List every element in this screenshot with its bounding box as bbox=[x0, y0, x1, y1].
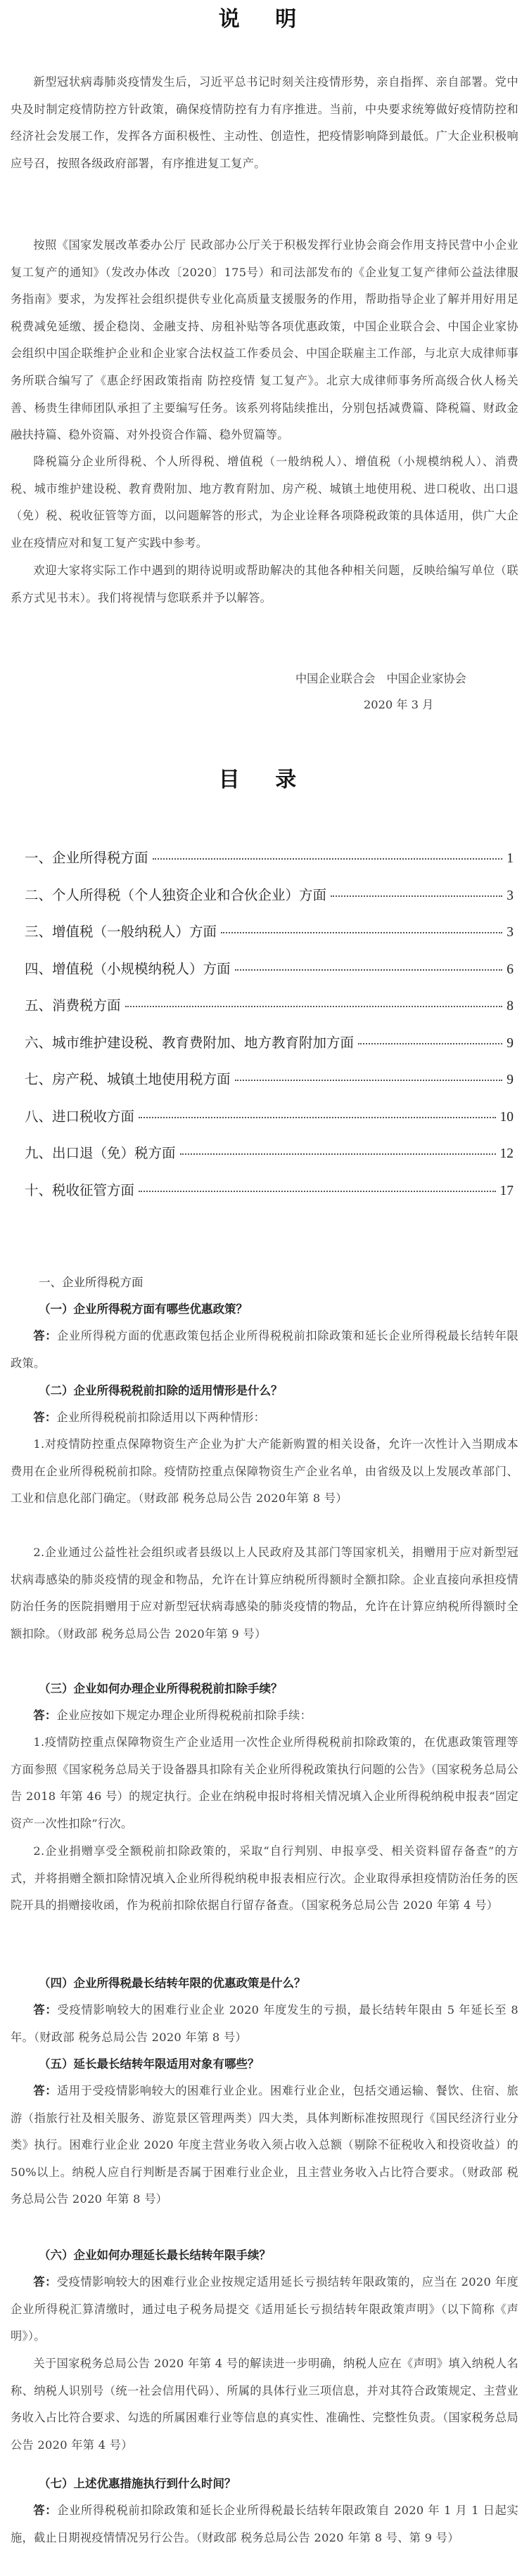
section-title: 一、企业所得税方面 bbox=[39, 1269, 144, 1296]
toc-item[interactable]: 十、税收征管方面17 bbox=[25, 1179, 514, 1217]
toc-leader-dots bbox=[125, 1006, 503, 1007]
table-of-contents: 一、企业所得税方面1 二、个人所得税（个人独资企业和合伙企业）方面3 三、增值税… bbox=[25, 847, 514, 1216]
toc-item-label: 五、消费税方面 bbox=[25, 995, 121, 1014]
toc-leader-dots bbox=[358, 1043, 502, 1044]
toc-item[interactable]: 四、增值税（小规模纳税人）方面6 bbox=[25, 958, 514, 995]
question-heading: （五）延长最长结转年限适用对象有哪些？ bbox=[39, 2051, 260, 2078]
answer-item: 1.疫情防控重点保障物资生产企业适用一次性企业所得税税前扣除政策的，在优惠政策管… bbox=[11, 1729, 518, 1837]
toc-leader-dots bbox=[153, 858, 503, 860]
toc-item-page: 12 bbox=[500, 1146, 514, 1162]
question-heading: （二）企业所得税税前扣除的适用情形是什么？ bbox=[39, 1378, 283, 1404]
toc-leader-dots bbox=[235, 969, 503, 971]
answer-text: 适用于受疫情影响较大的困难行业企业。困难行业企业，包括交通运输、餐饮、住宿、旅游… bbox=[11, 2084, 518, 2206]
answer-paragraph: 答：企业所得税方面的优惠政策包括企业所得税税前扣除政策和延长企业所得税最长结转年… bbox=[11, 1323, 518, 1377]
answer-text: 企业所得税方面的优惠政策包括企业所得税税前扣除政策和延长企业所得税最长结转年限政… bbox=[11, 1329, 518, 1370]
toc-item[interactable]: 二、个人所得税（个人独资企业和合伙企业）方面3 bbox=[25, 884, 514, 921]
toc-item-page: 3 bbox=[506, 888, 514, 904]
toc-item-label: 二、个人所得税（个人独资企业和合伙企业）方面 bbox=[25, 884, 326, 904]
preface-paragraph: 新型冠状病毒肺炎疫情发生后，习近平总书记时刻关注疫情形势，亲自指挥、亲自部署。党… bbox=[11, 69, 518, 177]
answer-label: 答： bbox=[33, 1709, 56, 1722]
toc-item-label: 一、企业所得税方面 bbox=[25, 847, 148, 867]
preface-title: 说 明 bbox=[0, 6, 529, 34]
answer-item: 关于国家税务总局公告 2020 年第 4 号的解读进一步明确，纳税人应在《声明》… bbox=[11, 2350, 518, 2459]
answer-item: 2.企业捐赠享受全额税前扣除政策的，采取“自行判别、申报享受、相关资料留存备查”… bbox=[11, 1838, 518, 1920]
toc-leader-dots bbox=[139, 1191, 495, 1192]
answer-label: 答： bbox=[33, 2504, 57, 2517]
answer-paragraph: 答：适用于受疫情影响较大的困难行业企业。困难行业企业，包括交通运输、餐饮、住宿、… bbox=[11, 2078, 518, 2213]
toc-item-label: 三、增值税（一般纳税人）方面 bbox=[25, 921, 217, 940]
toc-item[interactable]: 七、房产税、城镇土地使用税方面9 bbox=[25, 1068, 514, 1106]
answer-paragraph: 答：受疫情影响较大的困难行业企业按规定适用延长亏损结转年限政策的，应当在 202… bbox=[11, 2269, 518, 2350]
toc-leader-dots bbox=[139, 1117, 495, 1118]
signature-orgs: 中国企业联合会 中国企业家协会 bbox=[295, 666, 466, 692]
answer-paragraph: 答：企业应按如下规定办理企业所得税税前扣除手续： bbox=[11, 1702, 518, 1730]
toc-item-page: 6 bbox=[506, 962, 514, 978]
toc-leader-dots bbox=[180, 1153, 496, 1155]
answer-label: 答： bbox=[33, 2275, 56, 2289]
answer-text: 企业应按如下规定办理企业所得税税前扣除手续： bbox=[56, 1709, 312, 1722]
toc-item-label: 八、进口税收方面 bbox=[25, 1106, 134, 1125]
question-heading: （四）企业所得税最长结转年限的优惠政策是什么？ bbox=[39, 1970, 306, 1997]
toc-item-page: 3 bbox=[506, 925, 514, 940]
toc-item-page: 9 bbox=[506, 1073, 514, 1088]
toc-leader-dots bbox=[221, 932, 502, 933]
question-heading: （七）上述优惠措施执行到什么时间？ bbox=[39, 2471, 236, 2497]
answer-item: 1.对疫情防控重点保障物资生产企业为扩大产能新购置的相关设备，允许一次性计入当期… bbox=[11, 1431, 518, 1513]
toc-item-label: 十、税收征管方面 bbox=[25, 1179, 134, 1199]
answer-paragraph: 答：受疫情影响较大的困难行业企业 2020 年度发生的亏损，最长结转年限由 5 … bbox=[11, 1997, 518, 2051]
question-heading: （一）企业所得税方面有哪些优惠政策？ bbox=[39, 1296, 248, 1323]
toc-item-label: 四、增值税（小规模纳税人）方面 bbox=[25, 958, 231, 978]
toc-item[interactable]: 八、进口税收方面10 bbox=[25, 1106, 514, 1143]
toc-item-page: 17 bbox=[500, 1184, 514, 1199]
answer-text: 企业所得税税前扣除适用以下两种情形： bbox=[56, 1411, 265, 1424]
toc-item-page: 9 bbox=[506, 1036, 514, 1051]
question-heading: （三）企业如何办理企业所得税税前扣除手续？ bbox=[39, 1676, 283, 1702]
answer-paragraph: 答：企业所得税税前扣除适用以下两种情形： bbox=[11, 1404, 518, 1432]
toc-item-label: 九、出口退（免）税方面 bbox=[25, 1142, 176, 1162]
answer-label: 答： bbox=[33, 2003, 57, 2017]
answer-text: 受疫情影响较大的困难行业企业按规定适用延长亏损结转年限政策的，应当在 2020 … bbox=[11, 2275, 518, 2343]
toc-item-label: 七、房产税、城镇土地使用税方面 bbox=[25, 1068, 231, 1088]
answer-label: 答： bbox=[33, 1411, 56, 1424]
answer-item: 2.企业通过公益性社会组织或者县级以上人民政府及其部门等国家机关，捐赠用于应对新… bbox=[11, 1539, 518, 1648]
toc-item[interactable]: 一、企业所得税方面1 bbox=[25, 847, 514, 884]
answer-label: 答： bbox=[33, 1329, 57, 1342]
preface-paragraph: 欢迎大家将实际工作中遇到的期待说明或帮助解决的其他各种相关问题，反映给编写单位（… bbox=[11, 557, 518, 611]
toc-item[interactable]: 九、出口退（免）税方面12 bbox=[25, 1142, 514, 1179]
answer-text: 受疫情影响较大的困难行业企业 2020 年度发生的亏损，最长结转年限由 5 年延… bbox=[11, 2003, 518, 2044]
toc-leader-dots bbox=[331, 895, 502, 897]
question-heading: （六）企业如何办理延长最长结转年限手续？ bbox=[39, 2242, 271, 2269]
toc-leader-dots bbox=[235, 1080, 503, 1081]
answer-text: 企业所得税税前扣除政策和延长企业所得税最长结转年限政策自 2020 年 1 月 … bbox=[11, 2504, 518, 2544]
toc-item-page: 10 bbox=[500, 1110, 514, 1125]
toc-item[interactable]: 五、消费税方面8 bbox=[25, 995, 514, 1032]
preface-paragraph: 降税篇分企业所得税、个人所得税、增值税（一般纳税人）、增值税（小规模纳税人）、消… bbox=[11, 448, 518, 557]
toc-item[interactable]: 六、城市维护建设税、教育费附加、地方教育附加方面9 bbox=[25, 1032, 514, 1069]
preface-paragraph: 按照《国家发展改革委办公厅 民政部办公厅关于积极发挥行业协会商会作用支持民营中小… bbox=[11, 232, 518, 449]
toc-title: 目 录 bbox=[0, 766, 529, 794]
signature-date: 2020 年 3 月 bbox=[364, 692, 433, 718]
toc-item-page: 8 bbox=[506, 999, 514, 1014]
answer-paragraph: 答：企业所得税税前扣除政策和延长企业所得税最长结转年限政策自 2020 年 1 … bbox=[11, 2497, 518, 2551]
toc-item-page: 1 bbox=[506, 851, 514, 867]
toc-item-label: 六、城市维护建设税、教育费附加、地方教育附加方面 bbox=[25, 1032, 354, 1051]
answer-label: 答： bbox=[33, 2084, 57, 2097]
toc-item[interactable]: 三、增值税（一般纳税人）方面3 bbox=[25, 921, 514, 958]
